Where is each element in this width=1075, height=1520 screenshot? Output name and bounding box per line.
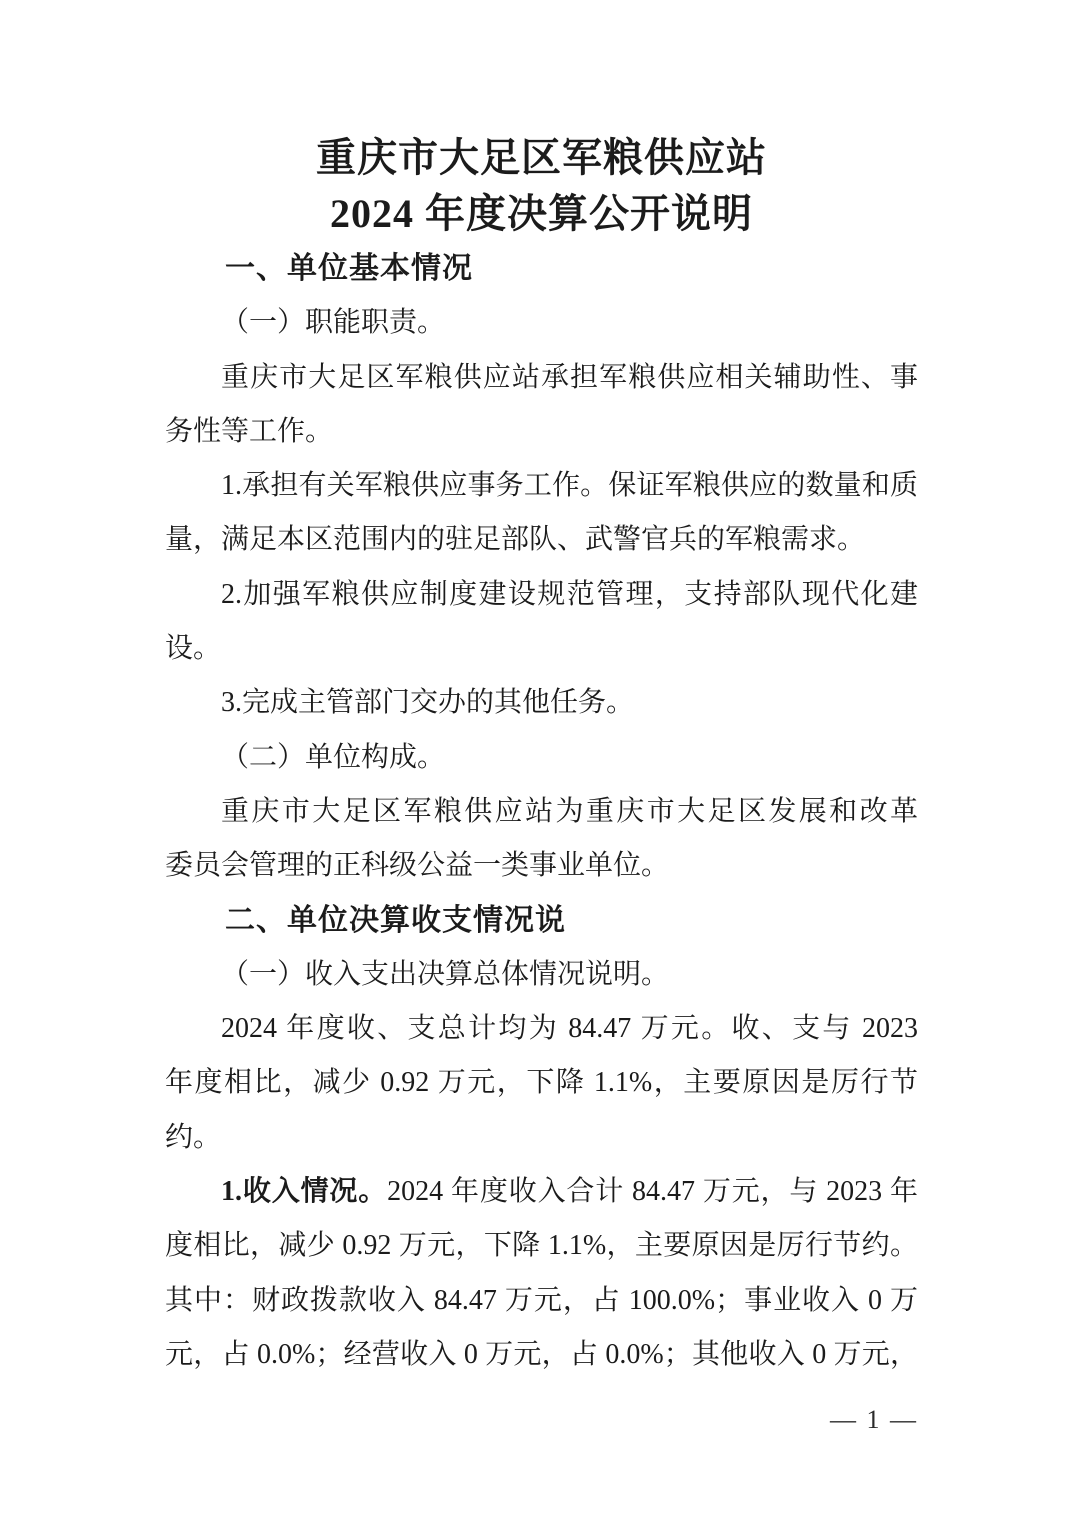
inline-text: 2024 年度收入合计 84.47 万元，与 2023 年 xyxy=(387,1176,918,1207)
inline-bold-label: 1.收入情况。 xyxy=(221,1176,387,1207)
paragraph-line: 元，占 0.0%；经营收入 0 万元，占 0.0%；其他收入 0 万元， xyxy=(165,1328,918,1382)
paragraph-line: 1.承担有关军粮供应事务工作。保证军粮供应的数量和质 xyxy=(165,459,918,513)
paragraph-line: 委员会管理的正科级公益一类事业单位。 xyxy=(165,839,918,893)
subsection-heading-1-2: （二）单位构成。 xyxy=(165,731,918,785)
paragraph-line: 1.收入情况。2024 年度收入合计 84.47 万元，与 2023 年 xyxy=(165,1165,918,1219)
paragraph-line: 度相比，减少 0.92 万元，下降 1.1%，主要原因是厉行节约。 xyxy=(165,1219,918,1273)
paragraph-line: 量，满足本区范围内的驻足部队、武警官兵的军粮需求。 xyxy=(165,513,918,567)
paragraph-line: 2.加强军粮供应制度建设规范管理，支持部队现代化建 xyxy=(165,568,918,622)
section-heading-1: 一、单位基本情况 xyxy=(165,242,918,296)
paragraph-line: 3.完成主管部门交办的其他任务。 xyxy=(165,676,918,730)
paragraph-line: 2024 年度收、支总计均为 84.47 万元。收、支与 2023 xyxy=(165,1002,918,1056)
document-title-line-1: 重庆市大足区军粮供应站 xyxy=(165,130,918,186)
document-page: 重庆市大足区军粮供应站 2024 年度决算公开说明 一、单位基本情况 （一）职能… xyxy=(0,0,1075,1520)
paragraph-line: 年度相比，减少 0.92 万元，下降 1.1%，主要原因是厉行节 xyxy=(165,1056,918,1110)
section-heading-2: 二、单位决算收支情况说 xyxy=(165,894,918,948)
paragraph-line: 重庆市大足区军粮供应站为重庆市大足区发展和改革 xyxy=(165,785,918,839)
paragraph-line: 其中：财政拨款收入 84.47 万元，占 100.0%；事业收入 0 万 xyxy=(165,1274,918,1328)
paragraph-line: 设。 xyxy=(165,622,918,676)
paragraph-line: 重庆市大足区军粮供应站承担军粮供应相关辅助性、事 xyxy=(165,351,918,405)
subsection-heading-1-1: （一）职能职责。 xyxy=(165,296,918,350)
paragraph-line: 约。 xyxy=(165,1111,918,1165)
subsection-heading-2-1: （一）收入支出决算总体情况说明。 xyxy=(165,948,918,1002)
document-title-line-2: 2024 年度决算公开说明 xyxy=(165,186,918,242)
paragraph-line: 务性等工作。 xyxy=(165,405,918,459)
page-number: — 1 — xyxy=(830,1405,918,1435)
